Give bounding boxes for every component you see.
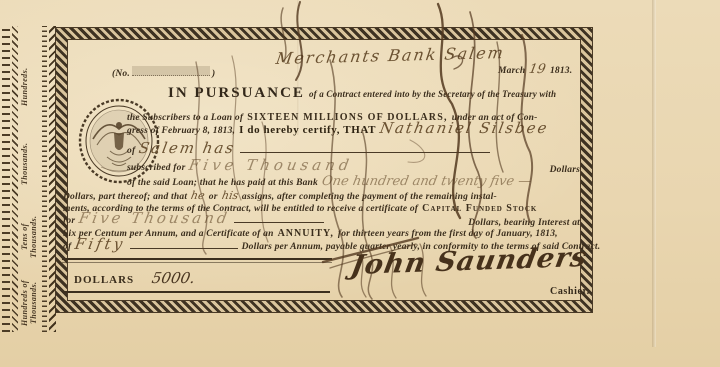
stub-label-tens-of-thousands: Tens of Thousands. (20, 206, 40, 268)
blank-rule (240, 143, 490, 153)
date-line: March 19 1813. (498, 60, 572, 78)
body-line-3: gress of February 8, 1813, I do hereby c… (127, 119, 549, 138)
dollars-label: DOLLARS (74, 274, 134, 286)
counterfoil-stub: Hundreds. Thousands. Tens of Thousands. … (2, 26, 56, 332)
amount-figures-handwritten: 5000. (151, 269, 197, 287)
headline: IN PURSUANCE (168, 85, 305, 101)
blank-rule (234, 213, 324, 223)
headline-tail: of a Contract entered into by the Secret… (309, 89, 556, 99)
signature-handwritten: John Saunders (348, 242, 589, 281)
dollars-box-top-rule (62, 258, 332, 260)
dollars-right-label: Dollars (550, 159, 580, 177)
dollars-box-top-rule-thin (62, 262, 332, 263)
line3-start: gress of February 8, 1813, (127, 126, 235, 136)
annuity-amount-handwritten: Fifty (74, 235, 127, 253)
date-day-handwritten: 19 (528, 62, 547, 77)
certificate-number-field: (No.) (112, 63, 215, 81)
headline-line: IN PURSUANCE of a Contract entered into … (168, 84, 556, 102)
date-month: March (498, 66, 525, 76)
stub-label-thousands: Thousands. (20, 128, 40, 200)
number-close-paren: ) (212, 69, 215, 79)
date-year: 1813. (550, 66, 572, 76)
scanned-certificate: Hundreds. Thousands. Tens of Thousands. … (0, 0, 720, 367)
stub-label-hundreds-of-thousands: Hundreds of Thousands. (20, 274, 40, 332)
fold-crease-right (652, 0, 656, 347)
dollars-box-bottom-rule (62, 291, 330, 293)
stub-ornament-column (2, 26, 10, 332)
stub-ornament-column (49, 26, 56, 332)
number-label: (No. (112, 69, 130, 79)
cashier-title: Cashier. (550, 281, 590, 299)
number-fill-scribble (132, 66, 210, 76)
residence-handwritten: Salem has (138, 139, 237, 157)
paper-sheet: Hundreds. Thousands. Tens of Thousands. … (0, 0, 720, 367)
dollars-amount-line: DOLLARS 5000. (74, 269, 195, 288)
stub-label-hundreds: Hundreds. (20, 54, 40, 120)
blank-rule (130, 239, 238, 249)
certify-blackletter: I do hereby certify, THAT (239, 124, 376, 136)
stub-ornament-column (12, 26, 18, 332)
stub-ornament-column (42, 26, 47, 332)
subscriber-name-handwritten: Nathaniel Silsbee (378, 119, 550, 137)
cashier-signature: John Saunders (352, 246, 586, 277)
line4-of: of (127, 146, 135, 156)
